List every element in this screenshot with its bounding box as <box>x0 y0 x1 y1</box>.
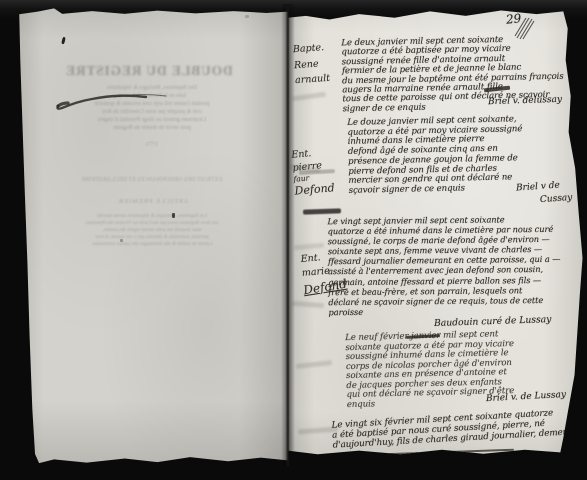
record2-signature: Briel v de <box>516 180 560 193</box>
record2-body: Le douze janvier mil sept cent soixante,… <box>347 115 523 196</box>
flourish-underline <box>384 449 514 455</box>
bleedthrough-line: Les Baptêmes, Mariages & Sépultures sero… <box>36 213 268 219</box>
ink-stroke <box>54 87 174 113</box>
left-page: DOUBLE DU REGISTRE Des Baptêmes, Mariage… <box>16 7 288 464</box>
record5-catchword: ant <box>564 440 576 449</box>
ink-speck <box>245 15 249 18</box>
right-page: 29 Bapte. Rene arnault Le deux janvier m… <box>288 6 584 456</box>
record3-signature: Baudouin curé de Lussay <box>434 314 552 329</box>
margin-line: arnault <box>295 73 331 86</box>
record-line: sçavoir signer de ce enquis <box>349 183 524 196</box>
record1-margin-note: Bapte. Rene arnault <box>293 42 331 86</box>
bleedthrough-line: Lieutenant général au Siège Présidial d'… <box>52 117 252 123</box>
margin-line: Bapte. <box>293 42 329 55</box>
bleedthrough-subheading: ARTICLE PREMIER. <box>36 198 268 205</box>
bleedthrough-line: sur deux Registres tenus par les Curés o… <box>36 220 268 226</box>
bleedthrough-line: à peine de nullité & des dommages des pa… <box>36 241 268 247</box>
record5-body: Le vingt six février mil sept cent soixa… <box>331 407 572 450</box>
bleedthrough-smudge <box>292 92 326 102</box>
ink-speck <box>172 213 175 218</box>
ink-speck <box>61 37 65 44</box>
bleedthrough-smudge <box>294 243 324 251</box>
record3-body: Le vingt sept janvier mil sept cent soix… <box>327 214 560 317</box>
bleedthrough-smudge <box>296 360 332 369</box>
record2-signature: Cussay <box>540 193 573 205</box>
archival-scan: DOUBLE DU REGISTRE Des Baptêmes, Mariage… <box>0 0 587 480</box>
bleedthrough-smudge <box>292 301 324 308</box>
bleedthrough-title: DOUBLE DU REGISTRE <box>46 63 252 79</box>
bleedthrough-line: pour servir de double du Registre <box>52 125 252 131</box>
margin-line: Rene <box>294 58 330 71</box>
bleedthrough-heading: EXTRAIT DES ORDONNANCES ET DECLARATIONS <box>36 177 268 183</box>
margin-line: Ent. <box>291 146 332 160</box>
bleedthrough-line: dans lesquels les actes seront signés de… <box>36 227 268 233</box>
bleedthrough-year: 1773 <box>52 141 252 148</box>
ink-speck <box>120 239 123 242</box>
margin-line: Defond <box>294 181 335 197</box>
ink-smudge <box>303 208 341 214</box>
bleedthrough-line: parrains, marraines & témoins qui y ont … <box>36 234 268 240</box>
